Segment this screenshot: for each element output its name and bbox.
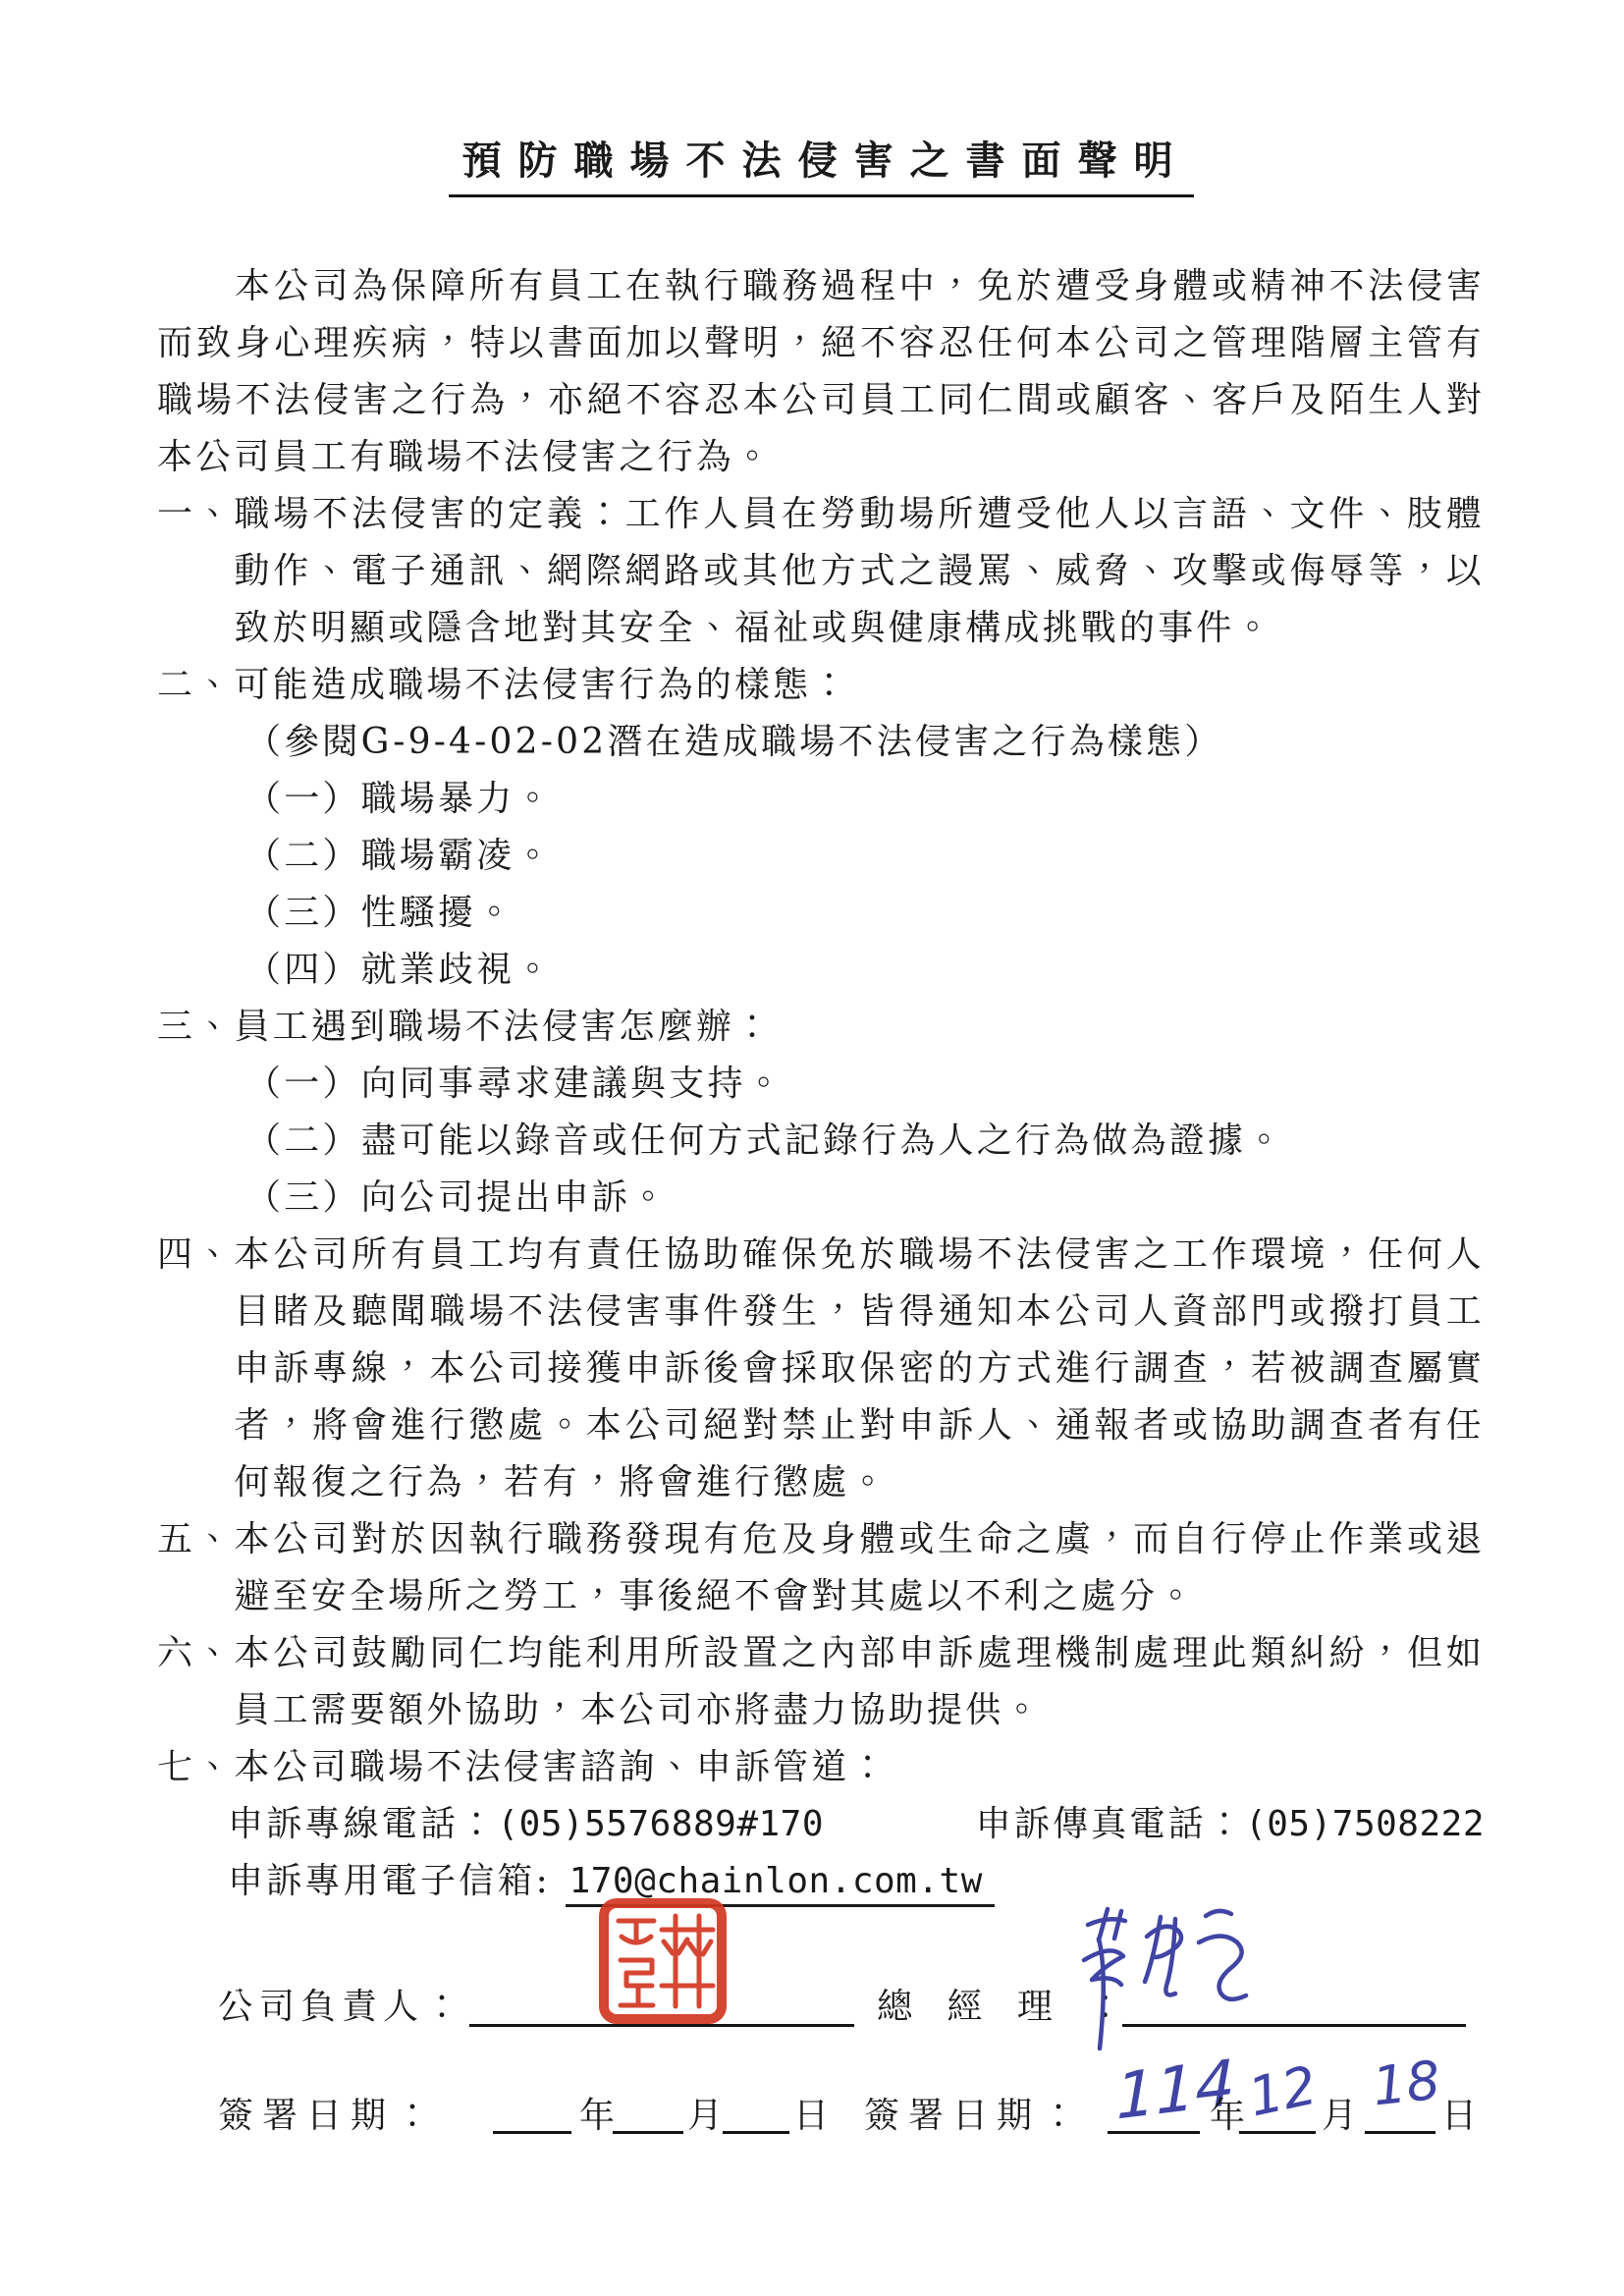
item-number: 五、 xyxy=(157,1511,234,1625)
company-seal-stamp xyxy=(597,1897,729,2025)
day-suffix: 日 xyxy=(1441,2088,1477,2138)
list-item-7: 七、 本公司職場不法侵害諮詢、申訴管道： xyxy=(157,1739,1485,1796)
sign-date-label-left: 簽署日期： xyxy=(218,2088,439,2138)
general-manager-signature xyxy=(1058,1901,1265,2068)
item-text: 本公司鼓勵同仁均能利用所設置之內部申訴處理機制處理此類糾紛，但如員工需要額外協助… xyxy=(234,1625,1485,1739)
contact-email-row: 申訴專用電子信箱: 170@chainlon.com.tw xyxy=(157,1853,1485,1910)
handwritten-day: 18 xyxy=(1370,2050,1443,2118)
handwritten-month: 12 xyxy=(1243,2054,1322,2129)
contact-phone-row: 申訴專線電話：(05)5576889#170 申訴傳真電話：(05)750822… xyxy=(157,1796,1485,1853)
item-text: 職場不法侵害的定義：工作人員在勞動場所遭受他人以言語、文件、肢體動作、電子通訊、… xyxy=(234,486,1485,657)
document-title-text: 預防職場不法侵害之書面聲明 xyxy=(449,130,1194,197)
list-item-5: 五、 本公司對於因執行職務發現有危及身體或生命之虞，而自行停止作業或退避至安全場… xyxy=(157,1511,1485,1625)
company-owner-label: 公司負責人： xyxy=(218,1979,465,2029)
month-filled-line xyxy=(1239,2131,1316,2134)
email-label: 申訴專用電子信箱: xyxy=(228,1861,566,1901)
sub-item: （二）盡可能以錄音或任何方式記錄行為人之行為做為證據。 xyxy=(245,1113,1485,1170)
item-text: 員工遇到職場不法侵害怎麼辦： xyxy=(234,999,1485,1056)
item-text: 本公司所有員工均有責任協助確保免於職場不法侵害之工作環境，任何人目睹及聽聞職場不… xyxy=(234,1227,1485,1511)
day-blank-line xyxy=(723,2131,789,2134)
item-number: 一、 xyxy=(157,486,234,657)
fax-label: 申訴傳真電話： xyxy=(976,1804,1245,1844)
item-number: 六、 xyxy=(157,1625,234,1739)
list-item-4: 四、 本公司所有員工均有責任協助確保免於職場不法侵害之工作環境，任何人目睹及聽聞… xyxy=(157,1227,1485,1511)
list-item-6: 六、 本公司鼓勵同仁均能利用所設置之內部申訴處理機制處理此類糾紛，但如員工需要額… xyxy=(157,1625,1485,1739)
month-suffix: 月 xyxy=(687,2088,723,2138)
document-title: 預防職場不法侵害之書面聲明 xyxy=(157,130,1485,197)
day-filled-line xyxy=(1365,2131,1435,2134)
document-body: 預防職場不法侵害之書面聲明 本公司為保障所有員工在執行職務過程中，免於遭受身體或… xyxy=(0,0,1624,1910)
list-item-3: 三、 員工遇到職場不法侵害怎麼辦： xyxy=(157,999,1485,1056)
sub-item: （二）職場霸凌。 xyxy=(245,828,1485,885)
item-number: 七、 xyxy=(157,1739,234,1796)
sub-item: （三）向公司提出申訴。 xyxy=(245,1170,1485,1227)
sign-date-label-right: 簽署日期： xyxy=(864,2088,1085,2138)
list-item-2: 二、 可能造成職場不法侵害行為的樣態： xyxy=(157,657,1485,714)
fax-number: (05)7508222 xyxy=(1245,1804,1485,1844)
item-number: 二、 xyxy=(157,657,234,714)
item-text: 本公司對於因執行職務發現有危及身體或生命之虞，而自行停止作業或退避至安全場所之勞… xyxy=(234,1511,1485,1625)
sub-item: （一）職場暴力。 xyxy=(245,771,1485,828)
sub-item: （一）向同事尋求建議與支持。 xyxy=(245,1056,1485,1113)
complaint-hotline: 申訴專線電話：(05)5576889#170 xyxy=(228,1796,824,1853)
month-suffix: 月 xyxy=(1322,2088,1357,2138)
month-blank-line xyxy=(613,2131,683,2134)
year-blank-line xyxy=(493,2131,571,2134)
item-text: 可能造成職場不法侵害行為的樣態： xyxy=(234,657,1485,714)
document-page: 預防職場不法侵害之書面聲明 本公司為保障所有員工在執行職務過程中，免於遭受身體或… xyxy=(0,0,1624,2296)
year-suffix: 年 xyxy=(579,2088,615,2138)
hotline-number: (05)5576889#170 xyxy=(497,1804,824,1844)
item-text: 本公司職場不法侵害諮詢、申訴管道： xyxy=(234,1739,1485,1796)
sub-item: （四）就業歧視。 xyxy=(245,942,1485,999)
complaint-fax: 申訴傳真電話：(05)7508222 xyxy=(976,1796,1485,1853)
intro-paragraph: 本公司為保障所有員工在執行職務過程中，免於遭受身體或精神不法侵害而致身心理疾病，… xyxy=(157,258,1485,486)
list-item-1: 一、 職場不法侵害的定義：工作人員在勞動場所遭受他人以言語、文件、肢體動作、電子… xyxy=(157,486,1485,657)
sub-item: （參閱G-9-4-02-02潛在造成職場不法侵害之行為樣態） xyxy=(245,714,1485,771)
item-number: 四、 xyxy=(157,1227,234,1511)
item-number: 三、 xyxy=(157,999,234,1056)
day-suffix: 日 xyxy=(793,2088,829,2138)
sub-item: （三）性騷擾。 xyxy=(245,885,1485,942)
hotline-label: 申訴專線電話： xyxy=(228,1804,497,1844)
